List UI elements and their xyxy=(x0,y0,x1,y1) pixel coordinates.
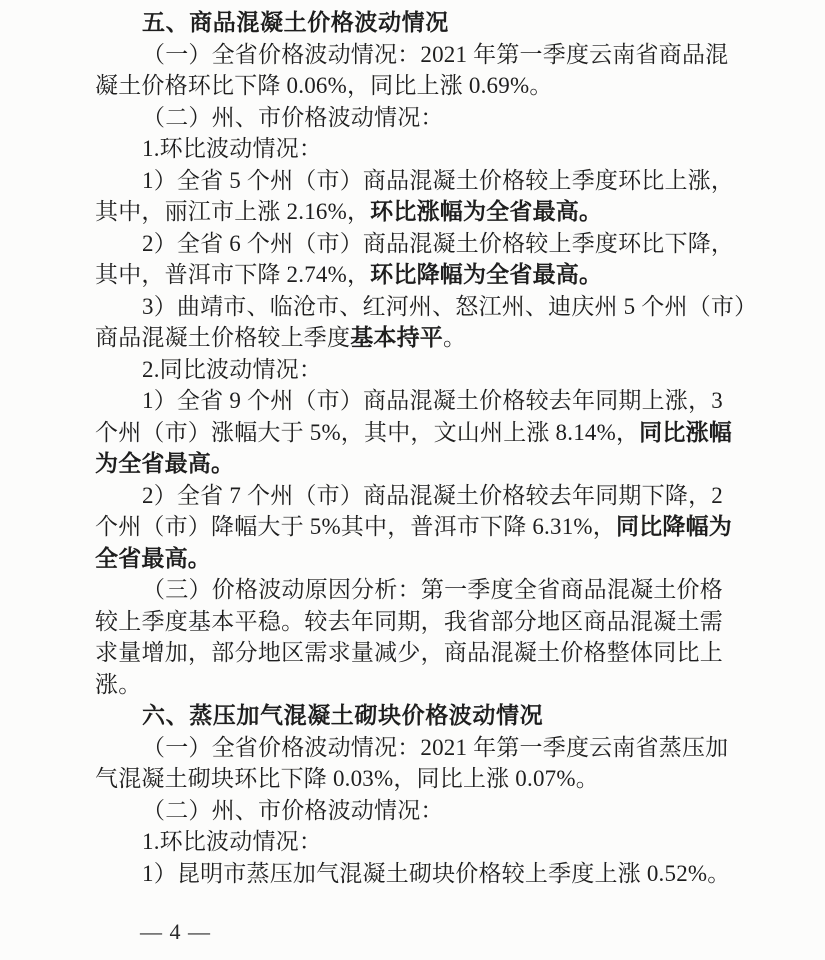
text-line: 全省最高。 xyxy=(95,543,723,575)
emphasis-text: 同比降幅为 xyxy=(616,513,732,539)
emphasis-text: 环比降幅为全省最高。 xyxy=(370,261,602,287)
body-text: 个州（市）降幅大于 5%其中，普洱市下降 6.31%， xyxy=(95,514,616,539)
section-heading: 六、蒸压加气混凝土砌块价格波动情况 xyxy=(95,700,723,732)
text-line: 1.环比波动情况： xyxy=(95,826,723,858)
section-heading: 五、商品混凝土价格波动情况 xyxy=(95,7,723,39)
text-line: 3）曲靖市、临沧市、红河州、怒江州、迪庆州 5 个州（市） xyxy=(95,291,723,323)
body-text: 个州（市）涨幅大于 5%，其中，文山州上涨 8.14%， xyxy=(95,420,639,445)
page-number: — 4 — xyxy=(140,920,211,944)
body-text: （二）州、市价格波动情况： xyxy=(142,798,444,823)
text-line: 个州（市）涨幅大于 5%，其中，文山州上涨 8.14%，同比涨幅 xyxy=(95,417,723,449)
text-line: 商品混凝土价格较上季度基本持平。 xyxy=(95,322,723,354)
text-line: 2.同比波动情况： xyxy=(95,354,723,386)
text-line: 其中，丽江市上涨 2.16%，环比涨幅为全省最高。 xyxy=(95,196,723,228)
text-line: （二）州、市价格波动情况： xyxy=(95,795,723,827)
body-text: 求量增加，部分地区需求量减少，商品混凝土价格整体同比上 xyxy=(95,640,723,665)
body-text: 2.同比波动情况： xyxy=(142,357,322,382)
body-text: （一）全省价格波动情况：2021 年第一季度云南省商品混 xyxy=(142,42,728,67)
document-page: 五、商品混凝土价格波动情况（一）全省价格波动情况：2021 年第一季度云南省商品… xyxy=(0,0,825,960)
text-line: 个州（市）降幅大于 5%其中，普洱市下降 6.31%，同比降幅为 xyxy=(95,511,723,543)
emphasis-text: 全省最高。 xyxy=(95,545,211,571)
body-text: 商品混凝土价格较上季度 xyxy=(95,325,350,350)
body-text: 。 xyxy=(443,325,466,350)
body-text: 较上季度基本平稳。较去年同期，我省部分地区商品混凝土需 xyxy=(95,609,723,634)
body-text: 1.环比波动情况： xyxy=(142,136,322,161)
body-text: 涨。 xyxy=(95,672,141,697)
body-text: 凝土价格环比下降 0.06%，同比上涨 0.69%。 xyxy=(95,73,553,98)
body-text: 其中，丽江市上涨 2.16%， xyxy=(95,199,370,224)
text-line: （一）全省价格波动情况：2021 年第一季度云南省商品混 xyxy=(95,39,723,71)
text-line: 其中，普洱市下降 2.74%，环比降幅为全省最高。 xyxy=(95,259,723,291)
text-line: 为全省最高。 xyxy=(95,448,723,480)
body-text: 其中，普洱市下降 2.74%， xyxy=(95,262,370,287)
emphasis-text: 五、商品混凝土价格波动情况 xyxy=(142,9,449,35)
text-line: 1）全省 9 个州（市）商品混凝土价格较去年同期上涨，3 xyxy=(95,385,723,417)
body-text: 1）全省 9 个州（市）商品混凝土价格较去年同期上涨，3 xyxy=(142,388,723,413)
text-line: 1）全省 5 个州（市）商品混凝土价格较上季度环比上涨， xyxy=(95,165,723,197)
body-text: （三）价格波动原因分析：第一季度全省商品混凝土价格 xyxy=(142,577,723,602)
body-text: （二）州、市价格波动情况： xyxy=(142,105,444,130)
body-text: 1）全省 5 个州（市）商品混凝土价格较上季度环比上涨， xyxy=(142,168,734,193)
text-line: 气混凝土砌块环比下降 0.03%，同比上涨 0.07%。 xyxy=(95,763,723,795)
emphasis-text: 为全省最高。 xyxy=(95,450,234,476)
text-line: （一）全省价格波动情况：2021 年第一季度云南省蒸压加 xyxy=(95,732,723,764)
body-text: 3）曲靖市、临沧市、红河州、怒江州、迪庆州 5 个州（市） xyxy=(142,294,757,319)
body-text: 气混凝土砌块环比下降 0.03%，同比上涨 0.07%。 xyxy=(95,766,599,791)
text-line: 1）昆明市蒸压加气混凝土砌块价格较上季度上涨 0.52%。 xyxy=(95,858,723,890)
text-line: （二）州、市价格波动情况： xyxy=(95,102,723,134)
text-line: 2）全省 6 个州（市）商品混凝土价格较上季度环比下降， xyxy=(95,228,723,260)
body-text: 2）全省 6 个州（市）商品混凝土价格较上季度环比下降， xyxy=(142,231,734,256)
emphasis-text: 同比涨幅 xyxy=(639,419,732,445)
text-line: 1.环比波动情况： xyxy=(95,133,723,165)
text-line: 涨。 xyxy=(95,669,723,701)
text-line: （三）价格波动原因分析：第一季度全省商品混凝土价格 xyxy=(95,574,723,606)
text-line: 凝土价格环比下降 0.06%，同比上涨 0.69%。 xyxy=(95,70,723,102)
emphasis-text: 环比涨幅为全省最高。 xyxy=(370,198,602,224)
body-text: 2）全省 7 个州（市）商品混凝土价格较去年同期下降，2 xyxy=(142,483,723,508)
emphasis-text: 六、蒸压加气混凝土砌块价格波动情况 xyxy=(142,702,543,728)
text-line: 求量增加，部分地区需求量减少，商品混凝土价格整体同比上 xyxy=(95,637,723,669)
emphasis-text: 基本持平 xyxy=(350,324,443,350)
body-text: （一）全省价格波动情况：2021 年第一季度云南省蒸压加 xyxy=(142,735,728,760)
text-line: 2）全省 7 个州（市）商品混凝土价格较去年同期下降，2 xyxy=(95,480,723,512)
body-text: 1.环比波动情况： xyxy=(142,829,322,854)
document-text-block: 五、商品混凝土价格波动情况（一）全省价格波动情况：2021 年第一季度云南省商品… xyxy=(95,7,723,889)
text-line: 较上季度基本平稳。较去年同期，我省部分地区商品混凝土需 xyxy=(95,606,723,638)
body-text: 1）昆明市蒸压加气混凝土砌块价格较上季度上涨 0.52%。 xyxy=(142,861,730,886)
